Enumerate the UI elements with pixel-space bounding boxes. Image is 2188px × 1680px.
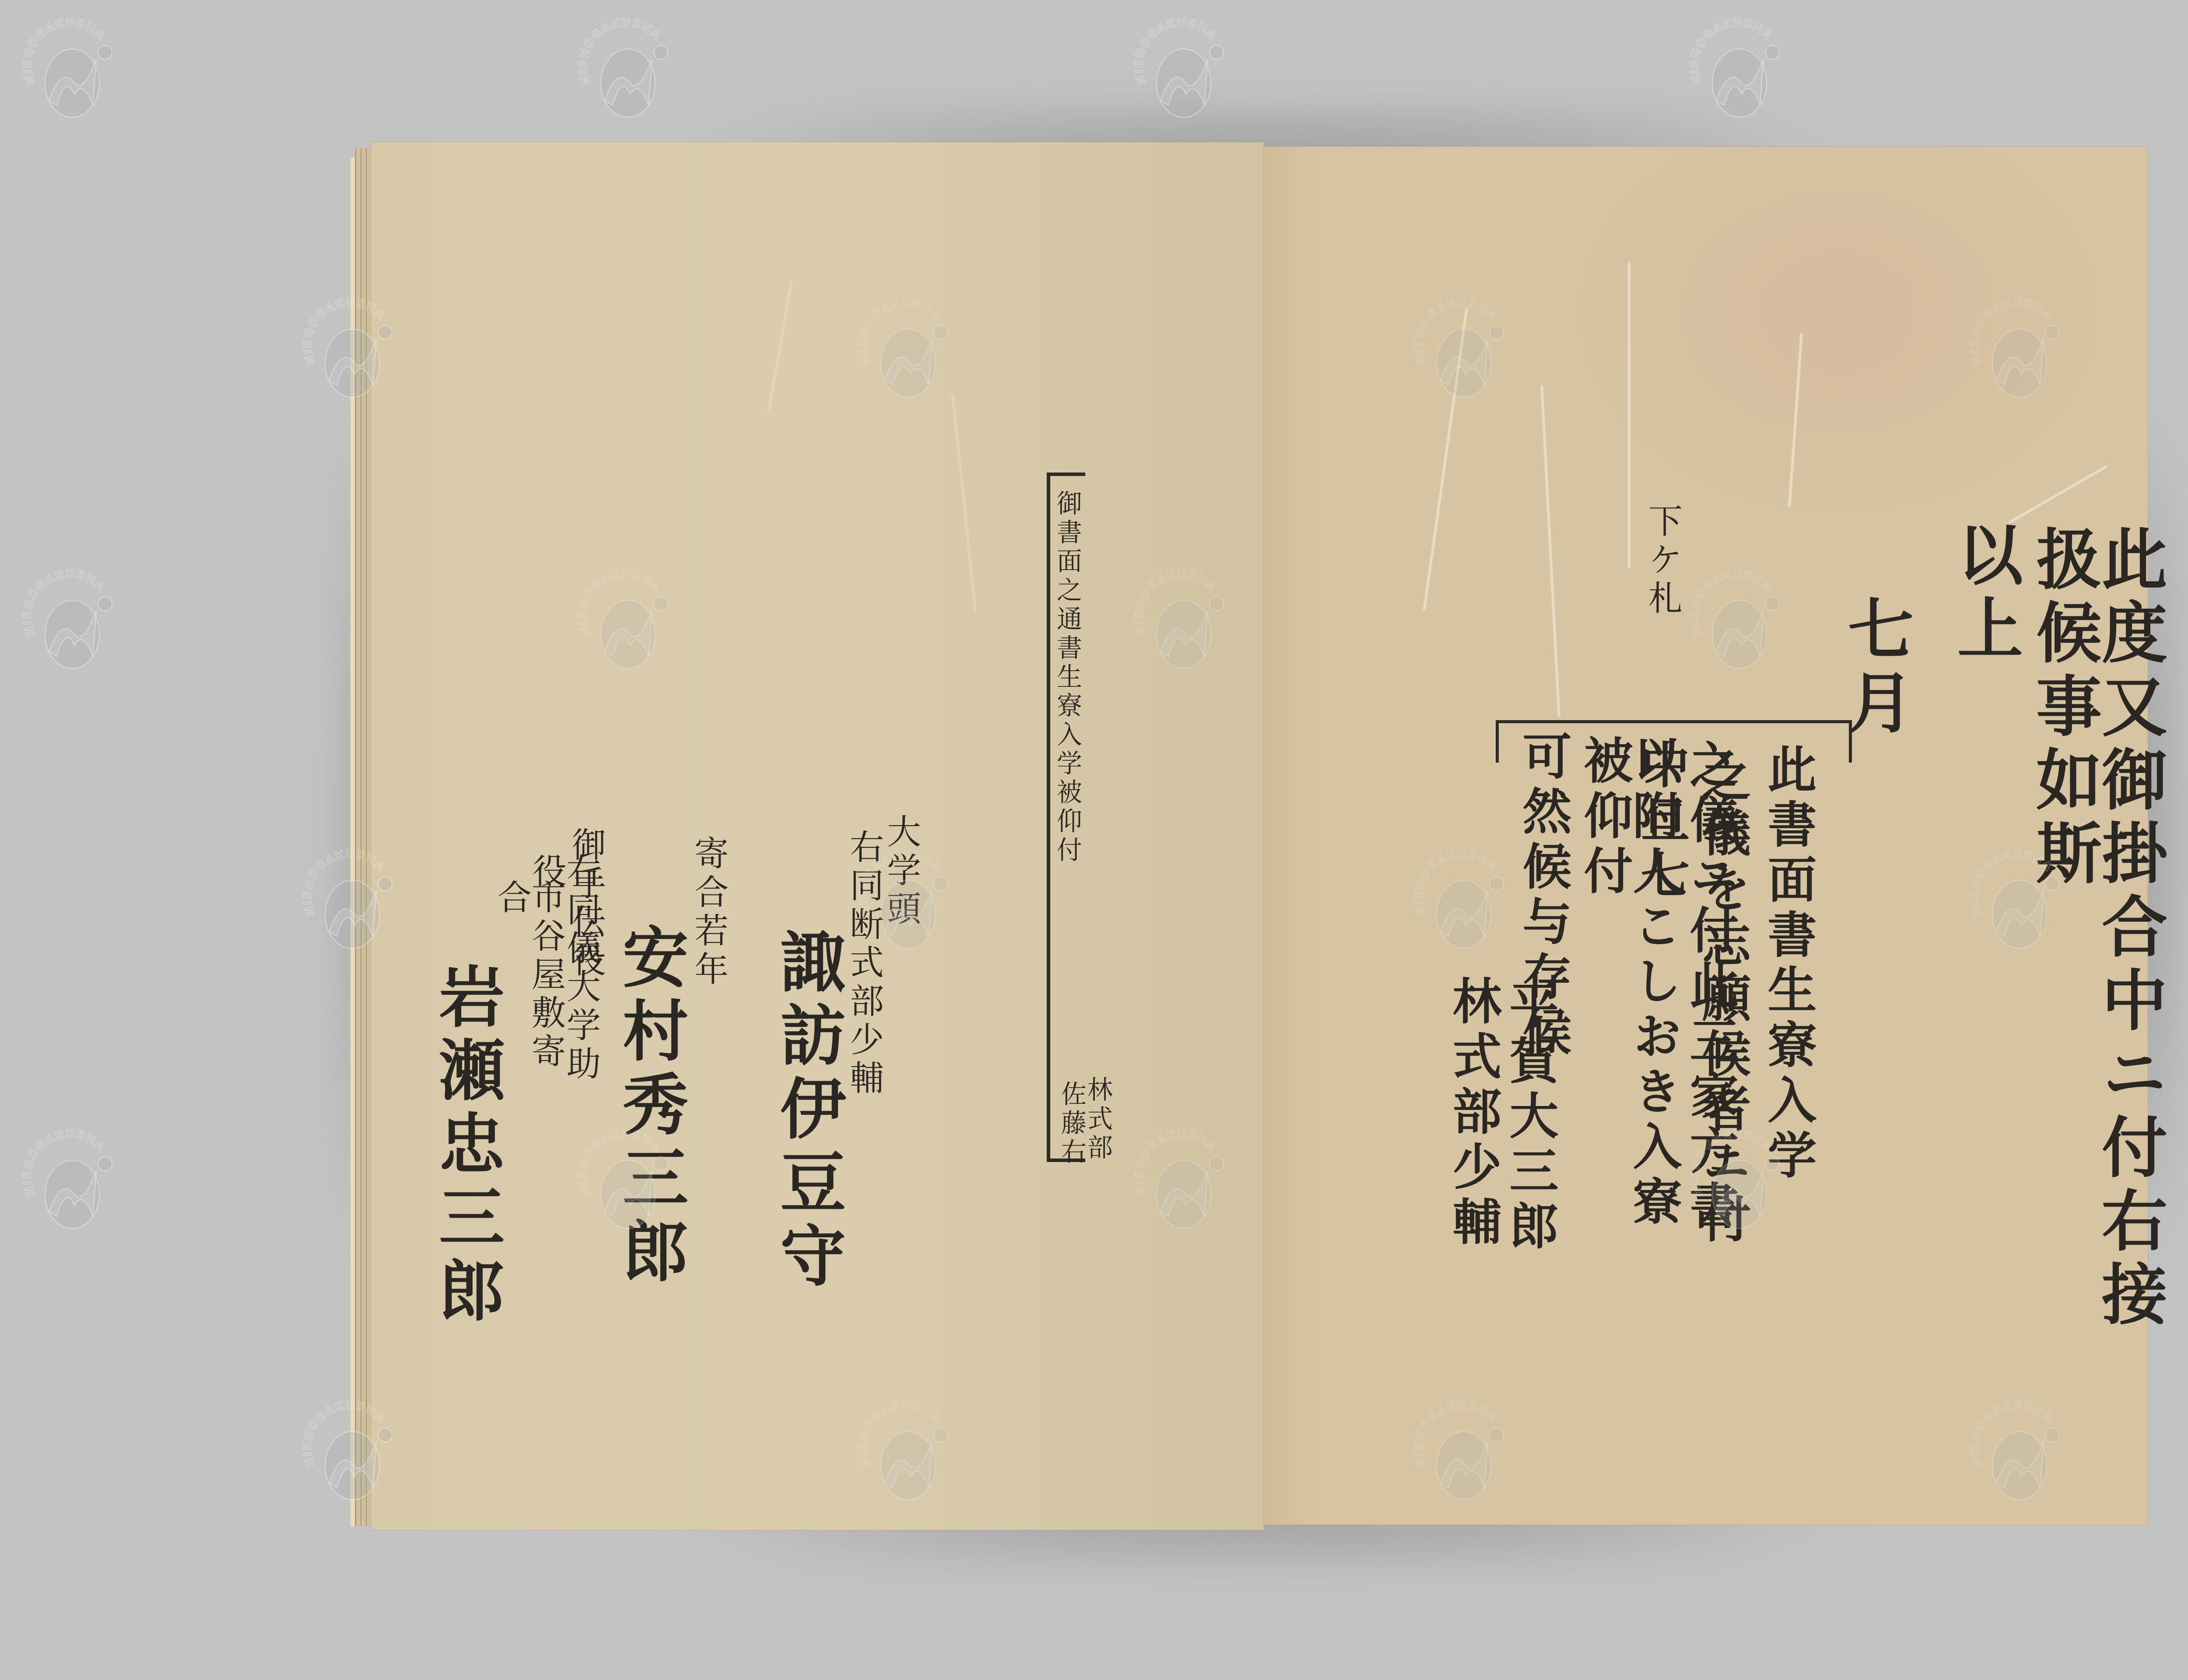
signer-title: 寄合若年 (691, 836, 726, 1011)
signer-title: 右同断式部少輔 (847, 829, 881, 1135)
paper-crease (1628, 262, 1630, 569)
svg-text:NISHOGAKUSHA: NISHOGAKUSHA (21, 569, 108, 638)
closing-ijo: 以上 (1952, 521, 2017, 696)
signer-name: 安村秀三郎 (617, 923, 683, 1317)
sagefuda-label: 下ケ札 (1645, 503, 1680, 678)
nishogakusha-logo-icon: NISHOGAKUSHA (18, 1129, 123, 1234)
nishogakusha-logo-icon: NISHOGAKUSHA (1129, 17, 1234, 122)
signer-name: 岩瀬忠三郎 (433, 962, 499, 1356)
signer-name: 諏訪伊豆守 (775, 927, 840, 1321)
svg-text:NISHOGAKUSHA: NISHOGAKUSHA (21, 17, 108, 87)
svg-text:NISHOGAKUSHA: NISHOGAKUSHA (576, 17, 663, 87)
nishogakusha-logo-icon: NISHOGAKUSHA (18, 569, 123, 674)
boxed-line: 此書面書生寮入学 (1764, 744, 1813, 1269)
page-edge (350, 157, 355, 1527)
watermark: NISHOGAKUSHA (1685, 17, 1790, 122)
nishogakusha-logo-icon: NISHOGAKUSHA (573, 17, 678, 122)
boxed-line: 以附人こしおき入寮被仰付 (1580, 735, 1678, 1260)
bracket-note-signer: 林式部 (1085, 1076, 1111, 1164)
signer-title: 市谷屋敷寄合 (494, 879, 563, 1098)
watermark: NISHOGAKUSHA (1129, 17, 1234, 122)
watermark: NISHOGAKUSHA (18, 569, 123, 674)
watermark: NISHOGAKUSHA (18, 17, 123, 122)
bracket-note-text: 御書面之通書生寮入学被仰付 (1055, 490, 1080, 927)
svg-text:NISHOGAKUSHA: NISHOGAKUSHA (21, 1129, 108, 1198)
scan-stage: NISHOGAKUSHA NISHOGAKUSHA NISHOGAKUSHA (0, 0, 2188, 1680)
signer-title: 大学頭 (884, 814, 918, 945)
nishogakusha-logo-icon: NISHOGAKUSHA (1685, 17, 1790, 122)
svg-text:NISHOGAKUSHA: NISHOGAKUSHA (1132, 17, 1219, 87)
left-page (371, 142, 1264, 1530)
month-label: 七月 (1842, 595, 1908, 761)
signature-name: 平賀大三郎 (1505, 980, 1554, 1330)
nishogakusha-logo-icon: NISHOGAKUSHA (18, 17, 123, 122)
bracket-note-signer: 佐藤右 (1059, 1081, 1084, 1168)
svg-text:NISHOGAKUSHA: NISHOGAKUSHA (1688, 17, 1775, 87)
main-text-column: 此度又御掛合中ニ付右接扱候事如斯 (2030, 525, 2162, 1356)
watermark: NISHOGAKUSHA (573, 17, 678, 122)
signature-name: 林式部少輔 (1448, 976, 1497, 1326)
watermark: NISHOGAKUSHA (18, 1129, 123, 1234)
